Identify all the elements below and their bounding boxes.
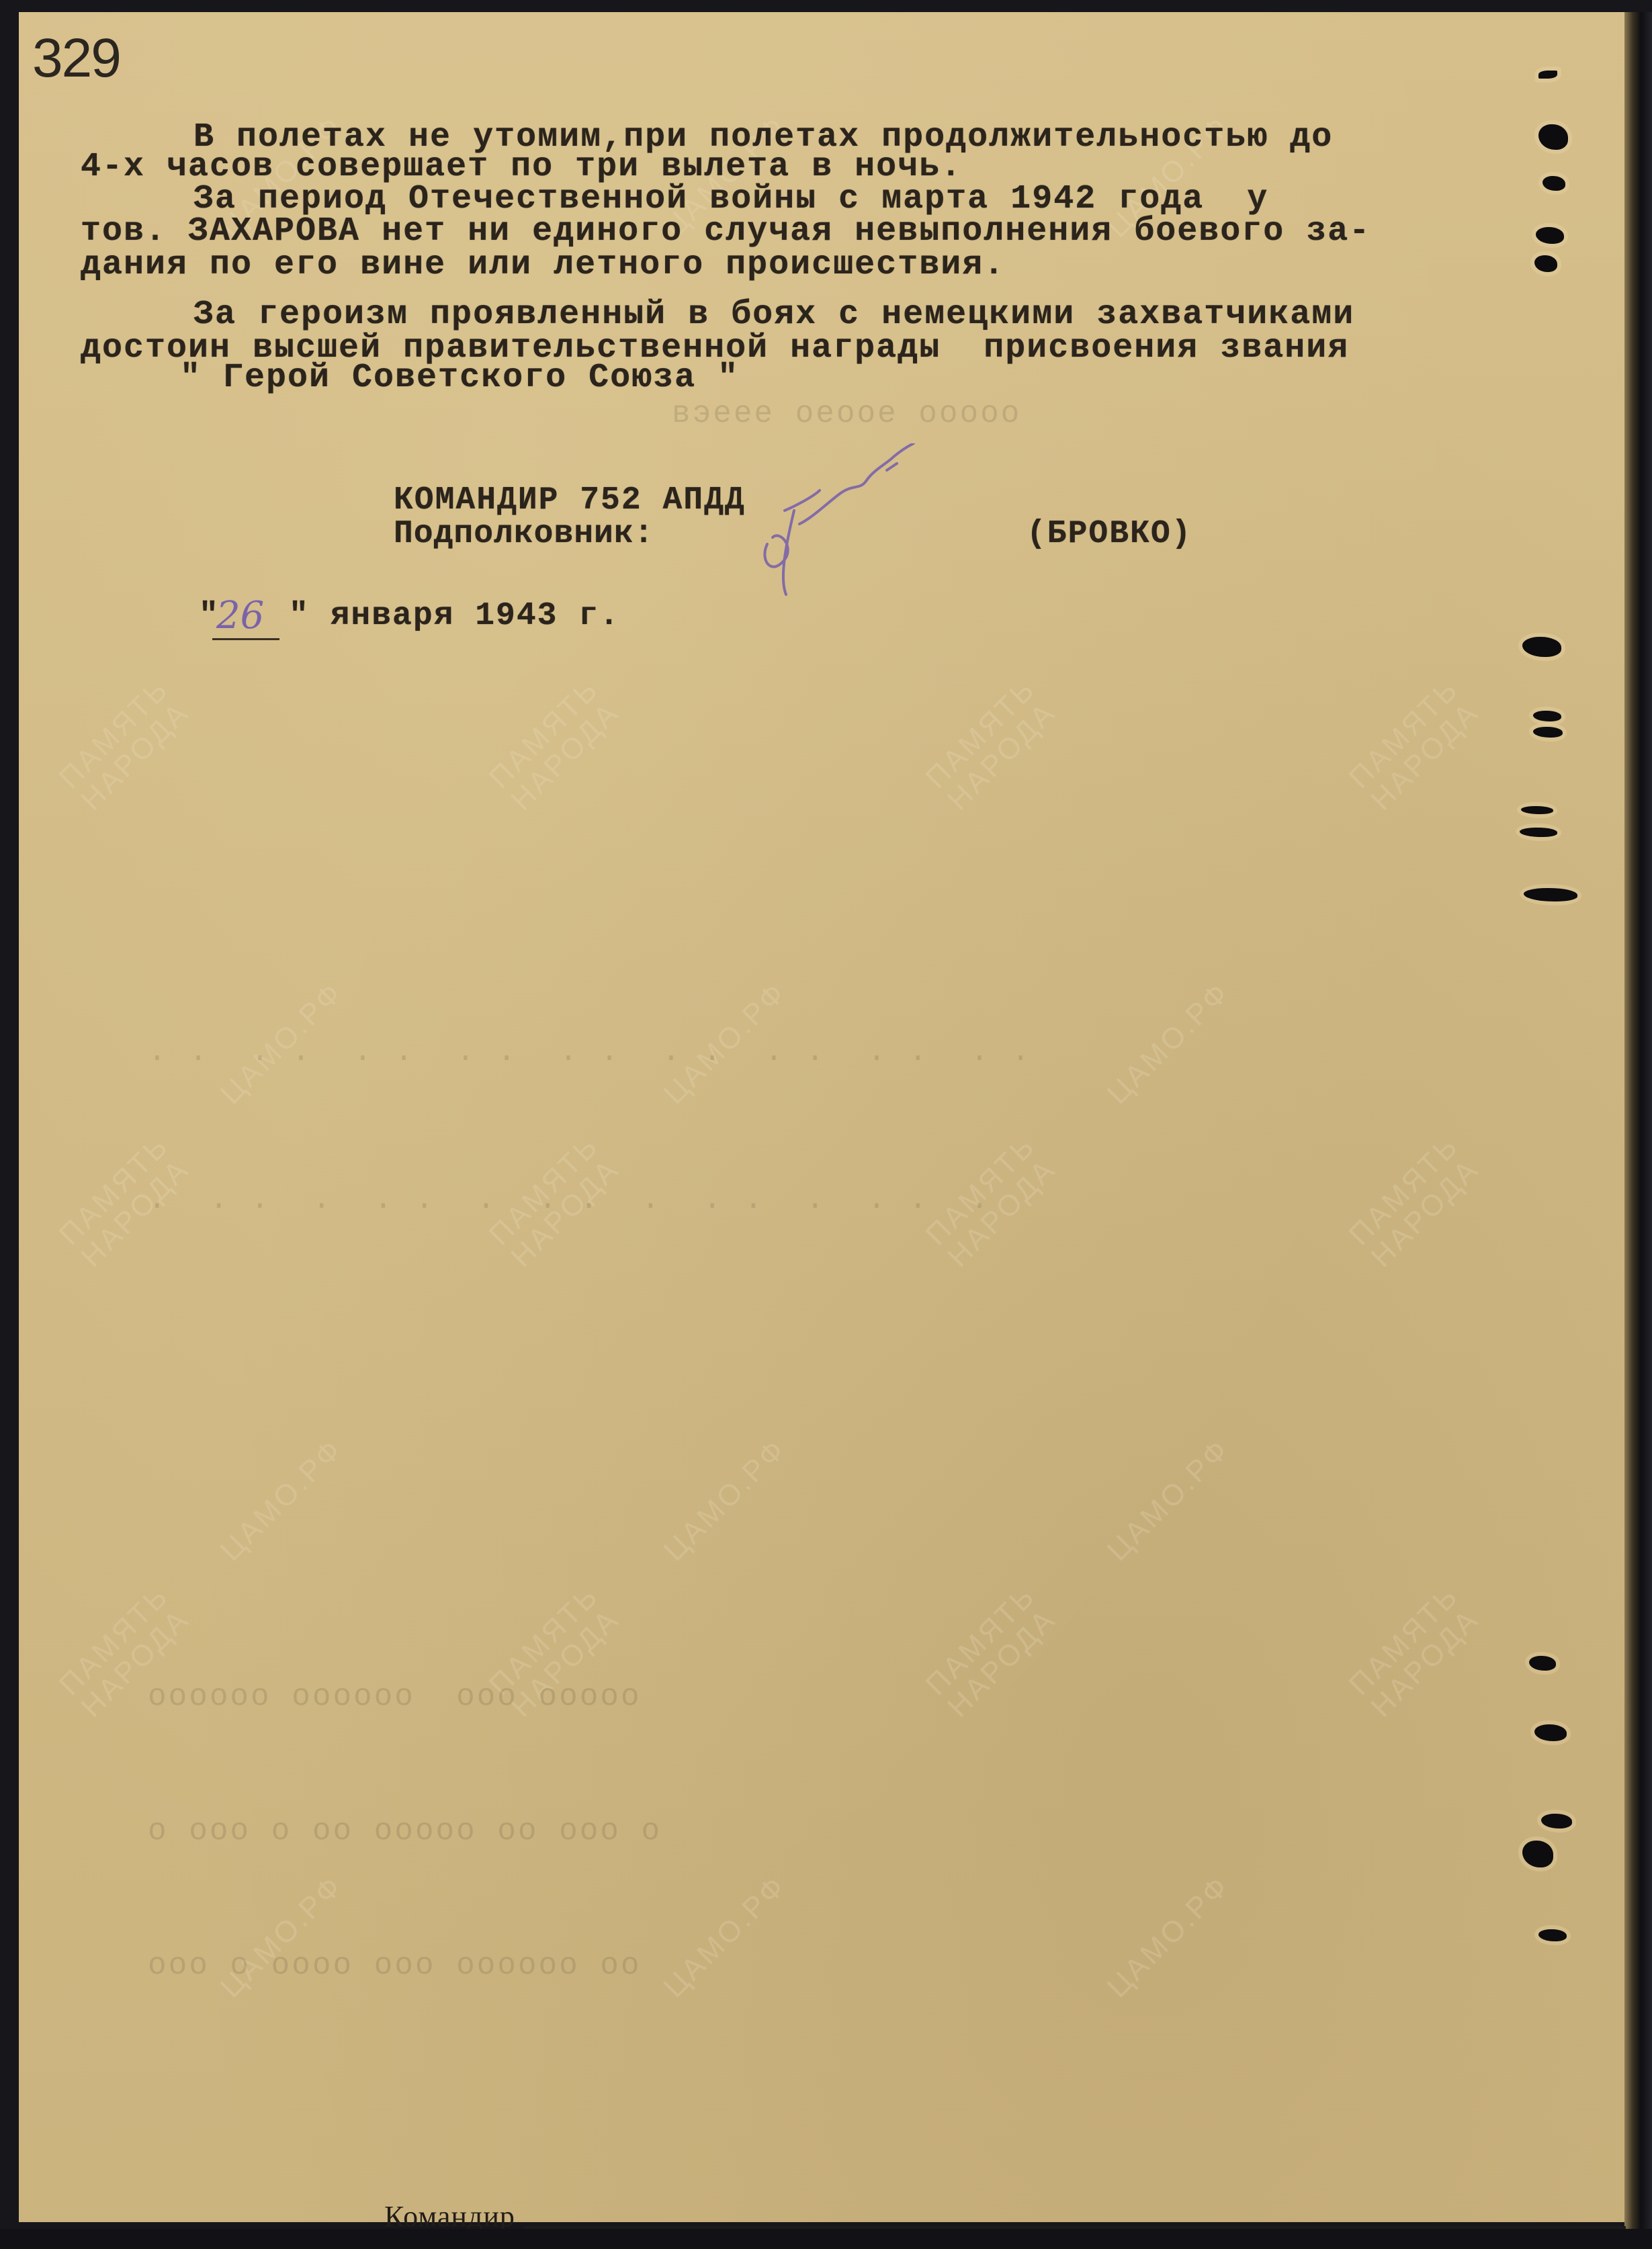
commander-rank: Подполковник: xyxy=(394,516,654,552)
bleed-through-text: ооо о оооо ооо оооооо оо xyxy=(148,1948,642,1983)
punch-hole xyxy=(1538,71,1557,79)
bleed-through-text: . . . . . . . . . . . . . . . . xyxy=(148,1182,991,1217)
date-day-handwritten: 26 xyxy=(216,594,264,637)
page-bottom-edge xyxy=(0,2229,1652,2249)
bleed-through-text: . . . . . . . . . . . . . . . . . . xyxy=(148,1034,1032,1069)
bleed-through-text: оооооо оооооо ооо ооооо xyxy=(148,1679,642,1714)
bleed-through-text: о ооо о оо ооооо оо ооо о xyxy=(148,1814,662,1849)
date-month-year: " января 1943 г. xyxy=(289,598,620,634)
paragraph-line: дания по его вине или летного происшеств… xyxy=(81,246,1005,284)
paragraph-line: За героизм проявленный в боях с немецким… xyxy=(193,296,1354,334)
award-title-line: " Герой Советского Союза " xyxy=(180,359,739,397)
commander-title: КОМАНДИР 752 АПДД xyxy=(394,482,746,519)
paper-right-edge xyxy=(1624,12,1652,2249)
paragraph-line: тов. ЗАХАРОВА нет ни единого случая невы… xyxy=(81,212,1371,251)
commander-name: (БРОВКО) xyxy=(1027,516,1192,552)
handwritten-signature xyxy=(752,443,941,598)
bleed-through-text: вэеее оеоое ооооо xyxy=(672,396,1021,431)
date-day-underline xyxy=(212,638,279,640)
page-number: 329 xyxy=(32,27,120,90)
